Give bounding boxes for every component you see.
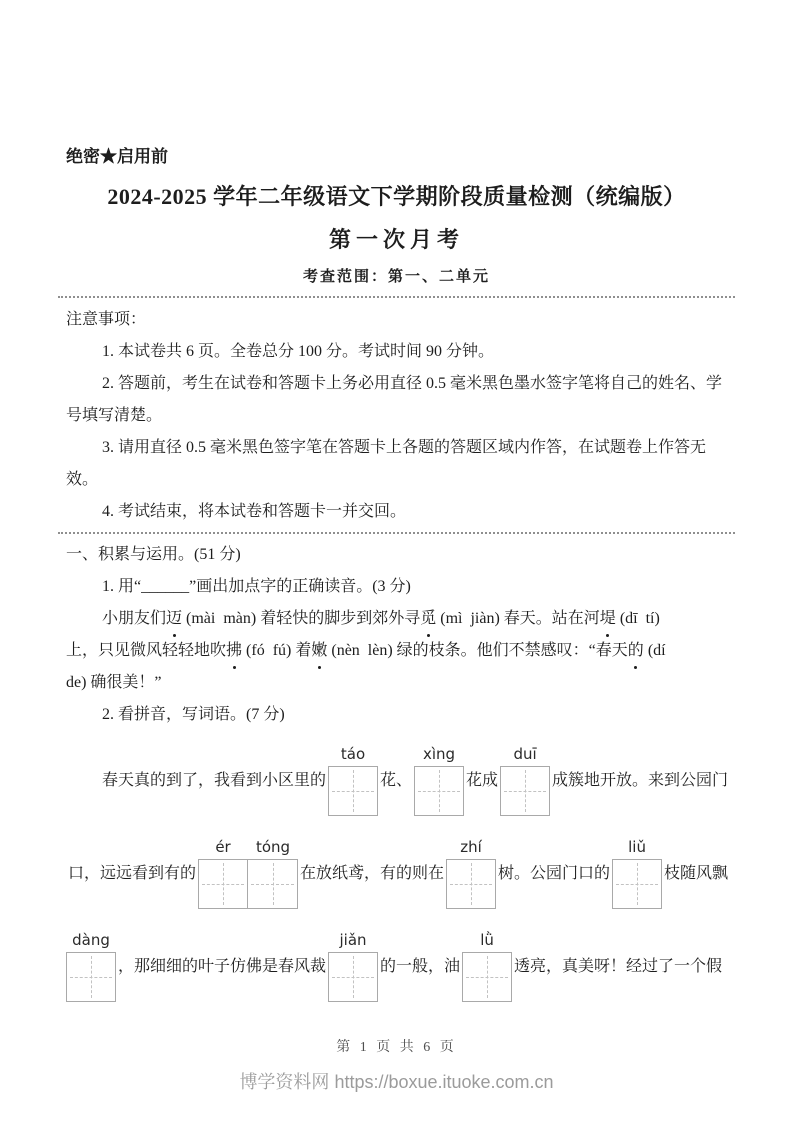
row-text: 的一般，油 (378, 958, 462, 976)
row-text: 成簇地开放。来到公园门 (550, 772, 730, 790)
tianzige-box: xìng (414, 745, 464, 816)
page-title: 2024-2025 学年二年级语文下学期阶段质量检测（统编版） (66, 181, 727, 213)
character-cells (446, 859, 496, 909)
notice-line: 3. 请用直径 0.5 毫米黑色签字笔在答题卡上各题的答题区域内作答，在试题卷上… (66, 432, 727, 464)
question-2-prompt: 2. 看拼音，写词语。(7 分) (66, 699, 727, 731)
dotted-character: 的 (628, 635, 644, 667)
passage-text: (nèn lèn) 绿的枝条。他们不禁感叹：“春天 (327, 642, 627, 659)
pinyin-labels: értóng (198, 838, 298, 859)
pinyin-labels: táo (328, 745, 378, 766)
passage-text: (dī tí) (616, 610, 660, 627)
dotted-divider-bottom (58, 532, 735, 534)
pinyin-labels: duī (500, 745, 550, 766)
tianzige-box: zhí (446, 838, 496, 909)
tianzige-box: dàng (66, 931, 116, 1002)
dotted-character: 堤 (600, 603, 616, 635)
dotted-character: 嫩 (311, 635, 327, 667)
notice-line: 1. 本试卷共 6 页。全卷总分 100 分。考试时间 90 分钟。 (66, 336, 727, 368)
dotted-character: 觅 (420, 603, 436, 635)
pinyin-box-row: 口，远远看到有的értóng在放纸鸢，有的则在zhí树。公园门口的liǔ枝随风飘 (66, 838, 727, 909)
row-text: 花、 (378, 772, 414, 790)
pinyin-label: jiǎn (328, 931, 378, 952)
row-text: 口，远远看到有的 (66, 865, 198, 883)
character-cell (328, 952, 378, 1002)
question-2-answer-rows: 春天真的到了，我看到小区里的táo花、xìng花成duī成簇地开放。来到公园门口… (66, 745, 727, 1002)
character-cell (198, 859, 248, 909)
character-cell (328, 766, 378, 816)
passage-text: 小朋友们 (102, 610, 166, 627)
dotted-character: 迈 (166, 603, 182, 635)
pinyin-labels: liǔ (612, 838, 662, 859)
pinyin-labels: jiǎn (328, 931, 378, 952)
tianzige-box: duī (500, 745, 550, 816)
tianzige-box: jiǎn (328, 931, 378, 1002)
character-cells (328, 766, 378, 816)
passage-text: de) 确很美！” (66, 674, 162, 691)
passage-text: (fó fú) 着 (242, 642, 311, 659)
exam-session-title: 第一次月考 (66, 225, 727, 255)
pinyin-box-row: 春天真的到了，我看到小区里的táo花、xìng花成duī成簇地开放。来到公园门 (66, 745, 727, 816)
row-text: 树。公园门口的 (496, 865, 612, 883)
character-cell (446, 859, 496, 909)
character-cell (612, 859, 662, 909)
character-cells (66, 952, 116, 1002)
notice-line: 号填写清楚。 (66, 400, 727, 432)
passage-text: 上，只见微风轻轻地吹 (66, 642, 226, 659)
character-cells (500, 766, 550, 816)
notice-line: 2. 答题前，考生在试卷和答题卡上务必用直径 0.5 毫米黑色墨水签字笔将自己的… (66, 368, 727, 400)
pinyin-label: duī (500, 745, 550, 766)
row-text: 枝随风飘 (662, 865, 730, 883)
question-1-passage: 小朋友们迈 (mài màn) 着轻快的脚步到郊外寻觅 (mì jiàn) 春天… (66, 603, 727, 699)
question-1-prompt: 1. 用“______”画出加点字的正确读音。(3 分) (66, 571, 727, 603)
character-cell (66, 952, 116, 1002)
dotted-divider-top (58, 296, 735, 298)
passage-line: 上，只见微风轻轻地吹拂 (fó fú) 着嫩 (nèn lèn) 绿的枝条。他们… (66, 635, 727, 667)
pinyin-label: xìng (414, 745, 464, 766)
page-number: 第 1 页 共 6 页 (0, 1039, 793, 1057)
pinyin-label: tóng (248, 838, 298, 859)
dotted-character: 拂 (226, 635, 242, 667)
pinyin-labels: lǜ (462, 931, 512, 952)
pinyin-label: dàng (66, 931, 116, 952)
passage-line: de) 确很美！” (66, 667, 727, 699)
row-text: 透亮，真美呀！经过了一个假 (512, 958, 724, 976)
page-footer: 第 1 页 共 6 页 博学资料网 https://boxue.ituoke.c… (0, 1039, 793, 1094)
secrecy-label: 绝密★启用前 (66, 145, 727, 169)
section-one-heading: 一、积累与运用。(51 分) (66, 539, 727, 571)
pinyin-labels: xìng (414, 745, 464, 766)
character-cell (500, 766, 550, 816)
pinyin-label: zhí (446, 838, 496, 859)
pinyin-label: ér (198, 838, 248, 859)
pinyin-label: lǜ (462, 931, 512, 952)
character-cells (198, 859, 298, 909)
character-cells (328, 952, 378, 1002)
passage-line: 小朋友们迈 (mài màn) 着轻快的脚步到郊外寻觅 (mì jiàn) 春天… (66, 603, 727, 635)
passage-text: (mài màn) 着轻快的脚步到郊外寻 (182, 610, 420, 627)
exam-paper-page: 绝密★启用前 2024-2025 学年二年级语文下学期阶段质量检测（统编版） 第… (0, 0, 793, 1122)
section-one: 一、积累与运用。(51 分) 1. 用“______”画出加点字的正确读音。(3… (66, 539, 727, 1002)
pinyin-label: táo (328, 745, 378, 766)
character-cell (248, 859, 298, 909)
character-cells (612, 859, 662, 909)
character-cell (414, 766, 464, 816)
tianzige-box: liǔ (612, 838, 662, 909)
character-cells (462, 952, 512, 1002)
pinyin-box-row: dàng，那细细的叶子仿佛是春风裁jiǎn的一般，油lǜ透亮，真美呀！经过了一个… (66, 931, 727, 1002)
pinyin-labels: dàng (66, 931, 116, 952)
passage-text: (dí (644, 642, 666, 659)
row-text: 在放纸鸢，有的则在 (298, 865, 446, 883)
pinyin-label: liǔ (612, 838, 662, 859)
tianzige-box: értóng (198, 838, 298, 909)
site-watermark: 博学资料网 https://boxue.ituoke.com.cn (0, 1070, 793, 1094)
tianzige-box: lǜ (462, 931, 512, 1002)
tianzige-box: táo (328, 745, 378, 816)
character-cell (462, 952, 512, 1002)
exam-scope: 考查范围：第一、二单元 (66, 266, 727, 288)
row-text: 花成 (464, 772, 500, 790)
notice-line: 效。 (66, 464, 727, 496)
row-text: ，那细细的叶子仿佛是春风裁 (116, 958, 328, 976)
notice-heading: 注意事项： (66, 304, 727, 336)
character-cells (414, 766, 464, 816)
notice-line: 4. 考试结束，将本试卷和答题卡一并交回。 (66, 496, 727, 528)
notice-section: 注意事项： 1. 本试卷共 6 页。全卷总分 100 分。考试时间 90 分钟。… (66, 304, 727, 528)
row-text: 春天真的到了，我看到小区里的 (66, 772, 328, 790)
passage-text: (mì jiàn) 春天。站在河 (436, 610, 600, 627)
notice-lines: 1. 本试卷共 6 页。全卷总分 100 分。考试时间 90 分钟。2. 答题前… (66, 336, 727, 528)
pinyin-labels: zhí (446, 838, 496, 859)
